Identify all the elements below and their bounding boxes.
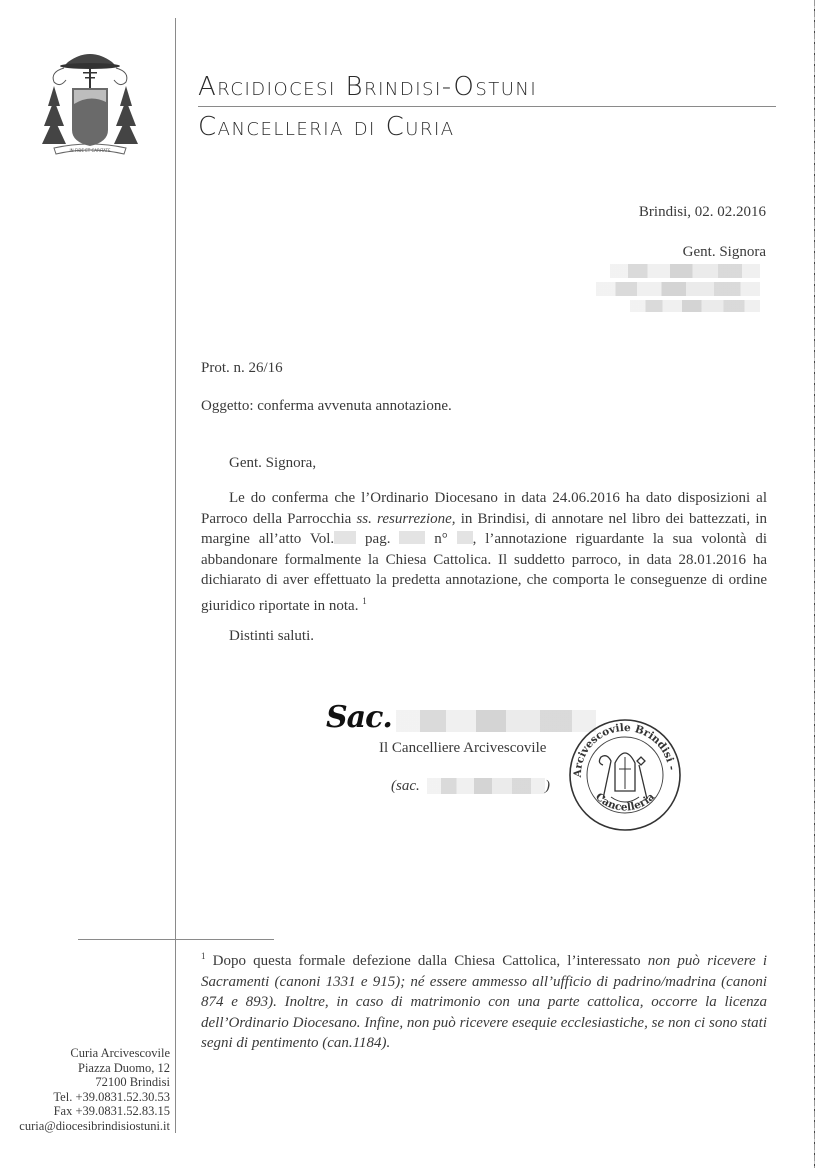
footnote-reference: 1 [362, 596, 367, 606]
signatory-name-suffix: ) [545, 776, 550, 797]
redacted-recipient-name [610, 264, 760, 278]
redacted-page [399, 531, 425, 544]
address-line-fax: Fax +39.0831.52.83.15 [19, 1104, 170, 1119]
mitre-crossed-keys-seal-icon: Curia Arcivescovile Brindisi - Ostuni Ca… [567, 717, 683, 833]
redacted-recipient-street [596, 282, 760, 296]
body-paragraph: Le do conferma che l’Ordinario Diocesano… [201, 488, 767, 616]
archiepiscopal-coat-of-arms-icon: IN FIDE ET CARITATE [40, 42, 140, 160]
footnote: 1 Dopo questa formale defezione dalla Ch… [201, 946, 767, 1054]
subject-line: Oggetto: conferma avvenuta annotazione. [201, 396, 452, 417]
letter-page: IN FIDE ET CARITATE Arcidiocesi Brindisi… [0, 0, 828, 1168]
footnote-divider [78, 939, 274, 940]
page-edge-rule [814, 0, 815, 1168]
letterhead-divider [198, 106, 776, 107]
address-line-city: 72100 Brindisi [19, 1075, 170, 1090]
place-date: Brindisi, 02. 02.2016 [639, 202, 766, 223]
address-line-phone: Tel. +39.0831.52.30.53 [19, 1090, 170, 1105]
redacted-recipient-city [630, 300, 760, 312]
recipient-salutation: Gent. Signora [683, 242, 766, 263]
address-line-office: Curia Arcivescovile [19, 1046, 170, 1061]
sender-address: Curia Arcivescovile Piazza Duomo, 12 721… [19, 1046, 170, 1133]
address-line-street: Piazza Duomo, 12 [19, 1061, 170, 1076]
redacted-signatory-name [427, 778, 545, 794]
svg-text:IN FIDE ET CARITATE: IN FIDE ET CARITATE [69, 148, 111, 153]
signatory-name-prefix: (sac. [391, 776, 420, 797]
signatory-title: Il Cancelliere Arcivescovile [379, 738, 546, 759]
closing: Distinti saluti. [229, 626, 314, 647]
left-margin-rule [175, 18, 176, 1133]
redacted-signature-name [396, 710, 596, 732]
redacted-number [457, 531, 473, 544]
protocol-number: Prot. n. 26/16 [201, 358, 283, 379]
letterhead-title: Arcidiocesi Brindisi-Ostuni [198, 72, 537, 102]
greeting: Gent. Signora, [229, 453, 316, 474]
letterhead-subtitle: Cancelleria di Curia [198, 112, 455, 142]
redacted-volume [334, 531, 356, 544]
address-line-email[interactable]: curia@diocesibrindisiostuni.it [19, 1119, 170, 1134]
handwritten-signature: Sac. [326, 700, 392, 735]
